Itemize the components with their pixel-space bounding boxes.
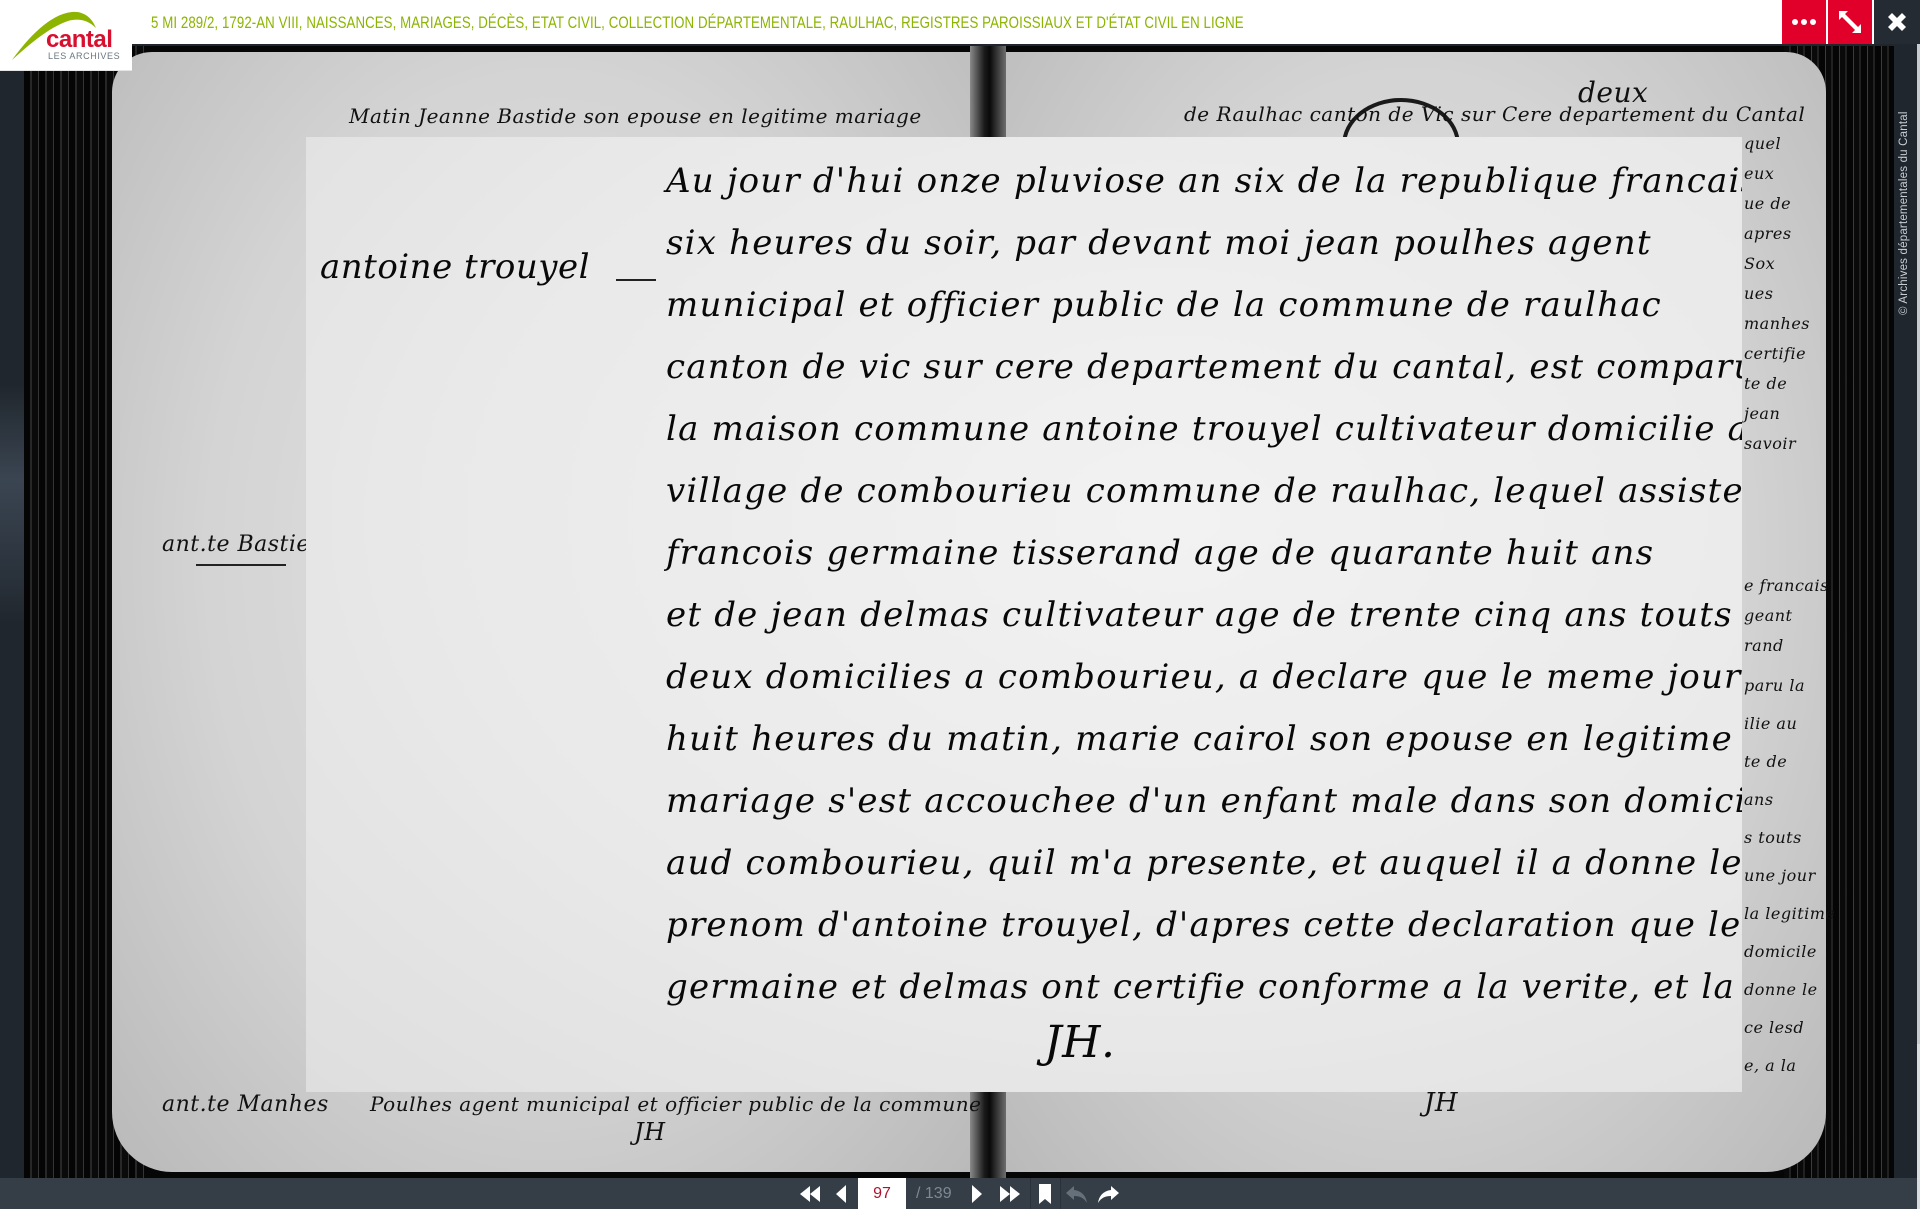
next-page-button[interactable]	[968, 1178, 986, 1209]
page-navigation-toolbar: / 139	[0, 1178, 1917, 1209]
margin-fragment: manhes	[1744, 314, 1810, 333]
previous-page-button[interactable]	[832, 1178, 850, 1209]
margin-fragment: s touts	[1744, 828, 1802, 847]
ellipsis-icon	[1792, 19, 1816, 25]
loupe-text-line: aud combourieu, quil m'a presente, et au…	[666, 843, 1742, 883]
expand-arrows-icon	[1837, 9, 1863, 35]
margin-fragment: rand	[1744, 636, 1784, 655]
triangle-right-icon	[971, 1185, 983, 1203]
margin-dash	[616, 279, 656, 281]
magnifier-loupe[interactable]: antoine trouyel Au jour d'hui onze pluvi…	[306, 137, 1742, 1092]
toolbar-divider	[1030, 1178, 1031, 1209]
more-options-button[interactable]	[1782, 0, 1826, 44]
first-page-button[interactable]	[796, 1178, 824, 1209]
initials: JH	[634, 1118, 666, 1146]
cantal-archives-logo[interactable]: cantal LES ARCHIVES	[0, 0, 132, 71]
copyright-text: © Archives départementales du Cantal	[1898, 111, 1910, 315]
margin-fragment: e francais	[1744, 576, 1829, 595]
left-page-bottom-line: Poulhes agent municipal et officier publ…	[370, 1092, 981, 1116]
loupe-text-line: francois germaine tisserand age de quara…	[666, 533, 1654, 573]
bookmark-icon	[1039, 1184, 1051, 1204]
margin-fragment: ues	[1744, 284, 1773, 303]
document-title: 5 MI 289/2, 1792-AN VIII, NAISSANCES, MA…	[151, 12, 1244, 34]
header-bar: 5 MI 289/2, 1792-AN VIII, NAISSANCES, MA…	[0, 0, 1920, 44]
margin-fragment: te de	[1744, 374, 1787, 393]
loupe-text-line: et de jean delmas cultivateur age de tre…	[666, 595, 1733, 635]
underline	[196, 564, 286, 566]
loupe-text-line: canton de vic sur cere departement du ca…	[666, 347, 1742, 387]
margin-fragment: quel	[1744, 134, 1781, 153]
margin-note: ant.te Bastie	[162, 532, 310, 557]
initials: JH	[1424, 1088, 1458, 1118]
margin-fragment: domicile	[1744, 942, 1817, 961]
margin-fragment: apres	[1744, 224, 1792, 243]
page-total: / 139	[916, 1178, 952, 1209]
double-chevron-left-icon	[798, 1185, 822, 1203]
loupe-text-line: la maison commune antoine trouyel cultiv…	[666, 409, 1742, 449]
undo-arrow-icon	[1065, 1184, 1089, 1204]
double-chevron-right-icon	[998, 1185, 1022, 1203]
margin-fragment: ce lesd	[1744, 1018, 1804, 1037]
margin-fragment: ue de	[1744, 194, 1791, 213]
loupe-text-line: deux domicilies a combourieu, a declare …	[666, 657, 1742, 697]
margin-fragment: une jour	[1744, 866, 1816, 885]
loupe-text-line: six heures du soir, par devant moi jean …	[666, 223, 1652, 263]
margin-fragment: savoir	[1744, 434, 1796, 453]
share-button[interactable]	[1094, 1178, 1122, 1209]
triangle-left-icon	[835, 1185, 847, 1203]
loupe-text-line: prenom d'antoine trouyel, d'apres cette …	[666, 905, 1742, 945]
margin-fragment: ans	[1744, 790, 1774, 809]
close-button[interactable]	[1874, 0, 1920, 44]
bookmark-button[interactable]	[1034, 1178, 1056, 1209]
margin-fragment: geant	[1744, 606, 1792, 625]
toolbar-divider	[1060, 1178, 1061, 1209]
margin-fragment: e, a la	[1744, 1056, 1796, 1075]
margin-fragment: eux	[1744, 164, 1774, 183]
loupe-text-line: municipal et officier public de la commu…	[666, 285, 1662, 325]
margin-fragment: te de	[1744, 752, 1787, 771]
share-arrow-icon	[1096, 1184, 1120, 1204]
margin-fragment: la legitime	[1744, 904, 1835, 923]
loupe-margin-name: antoine trouyel	[320, 247, 590, 287]
margin-fragment: ilie au	[1744, 714, 1797, 733]
margin-fragment: Sox	[1744, 254, 1775, 273]
logo-brand: cantal	[46, 28, 112, 52]
loupe-text-line: mariage s'est accouchee d'un enfant male…	[666, 781, 1742, 821]
margin-fragment: donne le	[1744, 980, 1818, 999]
loupe-text-line: Au jour d'hui onze pluviose an six de la…	[666, 161, 1742, 201]
close-x-icon	[1885, 10, 1909, 34]
corner-note: deux	[1578, 76, 1648, 109]
fullscreen-button[interactable]	[1828, 0, 1872, 44]
margin-fragment: jean	[1744, 404, 1780, 423]
loupe-text-line: germaine et delmas ont certifie conforme…	[666, 967, 1735, 1007]
background-decoration	[0, 384, 24, 624]
loupe-text-line: village de combourieu commune de raulhac…	[666, 471, 1742, 511]
margin-fragment: certifie	[1744, 344, 1806, 363]
margin-fragment: paru la	[1744, 676, 1805, 695]
last-page-button[interactable]	[996, 1178, 1024, 1209]
left-page-top-line: Matin Jeanne Bastide son epouse en legit…	[349, 104, 922, 128]
loupe-text-line: huit heures du matin, marie cairol son e…	[666, 719, 1733, 759]
page-number-input[interactable]	[858, 1178, 906, 1209]
loupe-signature: JH.	[1044, 1017, 1116, 1068]
undo-button[interactable]	[1064, 1178, 1090, 1209]
logo-subtitle: LES ARCHIVES	[48, 51, 120, 61]
margin-note: ant.te Manhes	[162, 1092, 329, 1117]
image-viewer[interactable]: Matin Jeanne Bastide son epouse en legit…	[0, 44, 1917, 1178]
right-page-top-line: de Raulhac canton de Vic sur Cere depart…	[1184, 102, 1805, 126]
